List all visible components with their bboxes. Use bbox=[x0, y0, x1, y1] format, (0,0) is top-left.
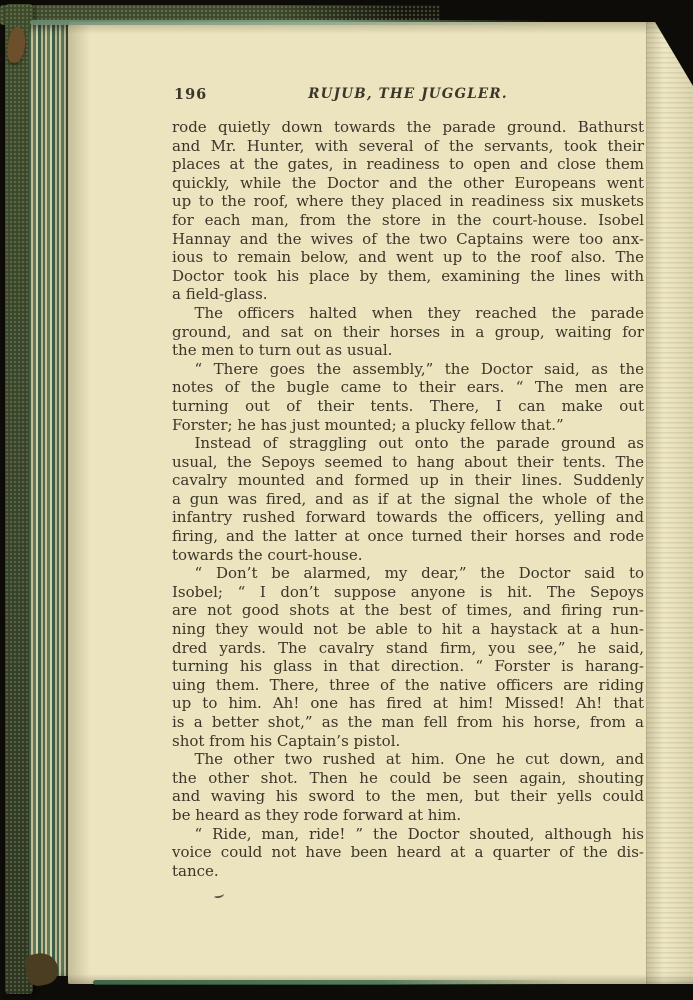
running-head: RUJUB, THE JUGGLER. bbox=[172, 86, 644, 102]
text-line: Instead of straggling out onto the parad… bbox=[172, 434, 644, 453]
text-line: turning his glass in that direction. “ F… bbox=[172, 657, 644, 676]
paragraph: “ Don’t be alarmed, my dear,” the Doctor… bbox=[172, 564, 644, 750]
page-number: 196 bbox=[174, 86, 207, 103]
text-line: and waving his sword to the men, but the… bbox=[172, 787, 644, 806]
paragraph: rode quietly down towards the parade gro… bbox=[172, 118, 644, 304]
book-page: 196 RUJUB, THE JUGGLER. rode quietly dow… bbox=[68, 22, 693, 984]
text-line: usual, the Sepoys seemed to hang about t… bbox=[172, 453, 644, 472]
text-line: towards the court-house. bbox=[172, 546, 644, 565]
text-line: for each man, from the store in the cour… bbox=[172, 211, 644, 230]
text-line: ning they would not be able to hit a hay… bbox=[172, 620, 644, 639]
page-bottom-edge-stain bbox=[93, 980, 573, 985]
text-line: tance. bbox=[172, 862, 644, 881]
text-line: uing them. There, three of the native of… bbox=[172, 676, 644, 695]
text-line: be heard as they rode forward at him. bbox=[172, 806, 644, 825]
text-line: Isobel; “ I don’t suppose anyone is hit.… bbox=[172, 583, 644, 602]
paragraph: The other two rushed at him. One he cut … bbox=[172, 750, 644, 824]
paragraph: Instead of straggling out onto the parad… bbox=[172, 434, 644, 564]
paragraph: “ There goes the assembly,” the Doctor s… bbox=[172, 360, 644, 434]
text-line: a field-glass. bbox=[172, 285, 644, 304]
text-line: firing, and the latter at once turned th… bbox=[172, 527, 644, 546]
text-line: voice could not have been heard at a qua… bbox=[172, 843, 644, 862]
text-line: shot from his Captain’s pistol. bbox=[172, 732, 644, 751]
pen-mark bbox=[214, 891, 225, 898]
text-line: cavalry mounted and formed up in their l… bbox=[172, 471, 644, 490]
page-header: 196 RUJUB, THE JUGGLER. bbox=[172, 86, 644, 106]
text-line: are not good shots at the best of times,… bbox=[172, 601, 644, 620]
text-line: The officers halted when they reached th… bbox=[172, 304, 644, 323]
text-line: ious to remain below, and went up to the… bbox=[172, 248, 644, 267]
text-line: up to him. Ah! one has fired at him! Mis… bbox=[172, 694, 644, 713]
paragraph: The officers halted when they reached th… bbox=[172, 304, 644, 360]
text-line: turning out of their tents. There, I can… bbox=[172, 397, 644, 416]
page-top-edge-stain bbox=[30, 20, 550, 25]
page-edges-left bbox=[29, 24, 71, 976]
text-line: the men to turn out as usual. bbox=[172, 341, 644, 360]
book-photo: 196 RUJUB, THE JUGGLER. rode quietly dow… bbox=[0, 0, 693, 1000]
text-line: notes of the bugle came to their ears. “… bbox=[172, 378, 644, 397]
text-line: Doctor took his place by them, examining… bbox=[172, 267, 644, 286]
text-block: rode quietly down towards the parade gro… bbox=[172, 118, 644, 880]
text-line: infantry rushed forward towards the offi… bbox=[172, 508, 644, 527]
text-line: The other two rushed at him. One he cut … bbox=[172, 750, 644, 769]
text-line: and Mr. Hunter, with several of the serv… bbox=[172, 137, 644, 156]
paragraph: “ Ride, man, ride! ” the Doctor shouted,… bbox=[172, 825, 644, 881]
text-line: “ Ride, man, ride! ” the Doctor shouted,… bbox=[172, 825, 644, 844]
text-line: Forster; he has just mounted; a plucky f… bbox=[172, 416, 644, 435]
text-line: dred yards. The cavalry stand firm, you … bbox=[172, 639, 644, 658]
text-line: rode quietly down towards the parade gro… bbox=[172, 118, 644, 137]
text-line: a gun was fired, and as if at the signal… bbox=[172, 490, 644, 509]
text-line: places at the gates, in readiness to ope… bbox=[172, 155, 644, 174]
text-line: quickly, while the Doctor and the other … bbox=[172, 174, 644, 193]
text-line: “ There goes the assembly,” the Doctor s… bbox=[172, 360, 644, 379]
text-line: “ Don’t be alarmed, my dear,” the Doctor… bbox=[172, 564, 644, 583]
text-line: the other shot. Then he could be seen ag… bbox=[172, 769, 644, 788]
text-line: is a better shot,” as the man fell from … bbox=[172, 713, 644, 732]
text-line: ground, and sat on their horses in a gro… bbox=[172, 323, 644, 342]
page-fore-edge bbox=[646, 22, 693, 984]
text-line: up to the roof, where they placed in rea… bbox=[172, 192, 644, 211]
page-gutter-shadow bbox=[68, 22, 90, 984]
text-line: Hannay and the wives of the two Captains… bbox=[172, 230, 644, 249]
